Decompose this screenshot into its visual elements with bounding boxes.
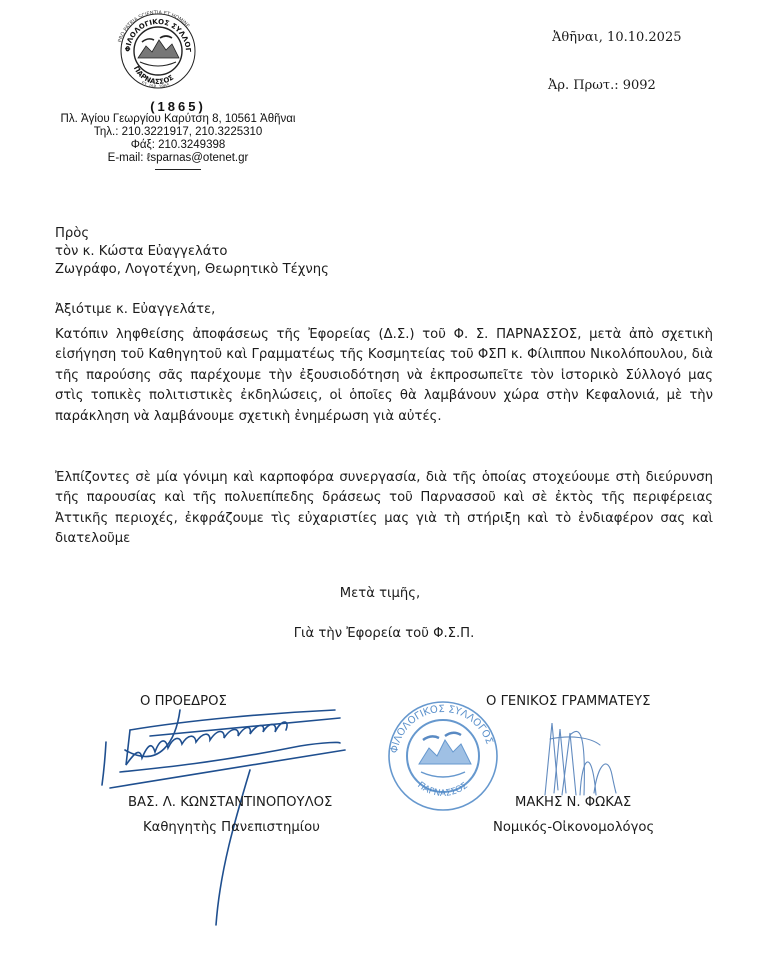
recipient-name: τὸν κ. Κώστα Εὐαγγελάτο [55, 243, 329, 261]
recipient-block: Πρὸς τὸν κ. Κώστα Εὐαγγελάτο Ζωγράφο, Λο… [55, 225, 329, 279]
official-stamp-icon: ΦΙΛΟΛΟΓΙΚΟΣ ΣΥΛΛΟΓΟΣ ΠΑΡΝΑΣΣΟΣ [383, 694, 503, 818]
president-name: ΒΑΣ. Λ. ΚΩΝΣΤΑΝΤΙΝΟΠΟΥΛΟΣ [128, 795, 332, 810]
body-paragraph-1: Κατόπιν ληφθείσης ἀποφάσεως τῆς Ἐφορείας… [55, 325, 713, 427]
protocol-number: Ἀρ. Πρωτ.: 9092 [548, 78, 656, 93]
salutation: Ἀξιότιμε κ. Εὐαγγελάτε, [55, 302, 215, 317]
svg-text:ΠΑΡΝΑΣΣΟΣ: ΠΑΡΝΑΣΣΟΣ [415, 780, 470, 799]
founding-year: (1865) [40, 100, 316, 113]
secretary-role: Νομικός-Οἰκονομολόγος [493, 820, 654, 835]
society-seal-icon: PRO PATRIA SCIENTIA ET HOMINE ΦΙΛΟΛΟΓΙΚΟ… [102, 2, 214, 100]
email: E-mail: ℓsparnas@otenet.gr [40, 152, 316, 165]
closing-regards: Μετὰ τιμῆς, [0, 586, 764, 601]
body-paragraph-2: Ἐλπίζοντες σὲ μία γόνιμη καὶ καρποφόρα σ… [55, 468, 713, 550]
divider [155, 169, 201, 170]
svg-text:ΦΙΛΟΛΟΓΙΚΟΣ ΣΥΛΛΟΓΟΣ: ΦΙΛΟΛΟΓΙΚΟΣ ΣΥΛΛΟΓΟΣ [102, 2, 192, 53]
phone: Τηλ.: 210.3221917, 210.3225310 [40, 126, 316, 139]
recipient-titles: Ζωγράφο, Λογοτέχνη, Θεωρητικὸ Τέχνης [55, 261, 329, 279]
general-secretary-title: Ο ΓΕΝΙΚΟΣ ΓΡΑΜΜΑΤΕΥΣ [486, 694, 650, 709]
closing-on-behalf: Γιὰ τὴν Ἐφορεία τοῦ Φ.Σ.Π. [0, 626, 768, 641]
letterhead-contact: (1865) Πλ. Ἁγίου Γεωργίου Καρύτση 8, 105… [40, 100, 316, 170]
president-role: Καθηγητὴς Πανεπιστημίου [143, 820, 320, 835]
letter-date: Ἀθῆναι, 10.10.2025 [552, 30, 681, 45]
secretary-signature-icon [540, 715, 640, 805]
recipient-to: Πρὸς [55, 225, 329, 243]
secretary-name: ΜΑΚΗΣ Ν. ΦΩΚΑΣ [515, 795, 631, 810]
address: Πλ. Ἁγίου Γεωργίου Καρύτση 8, 10561 Ἀθῆν… [40, 113, 316, 126]
fax: Φάξ: 210.3249398 [40, 139, 316, 152]
